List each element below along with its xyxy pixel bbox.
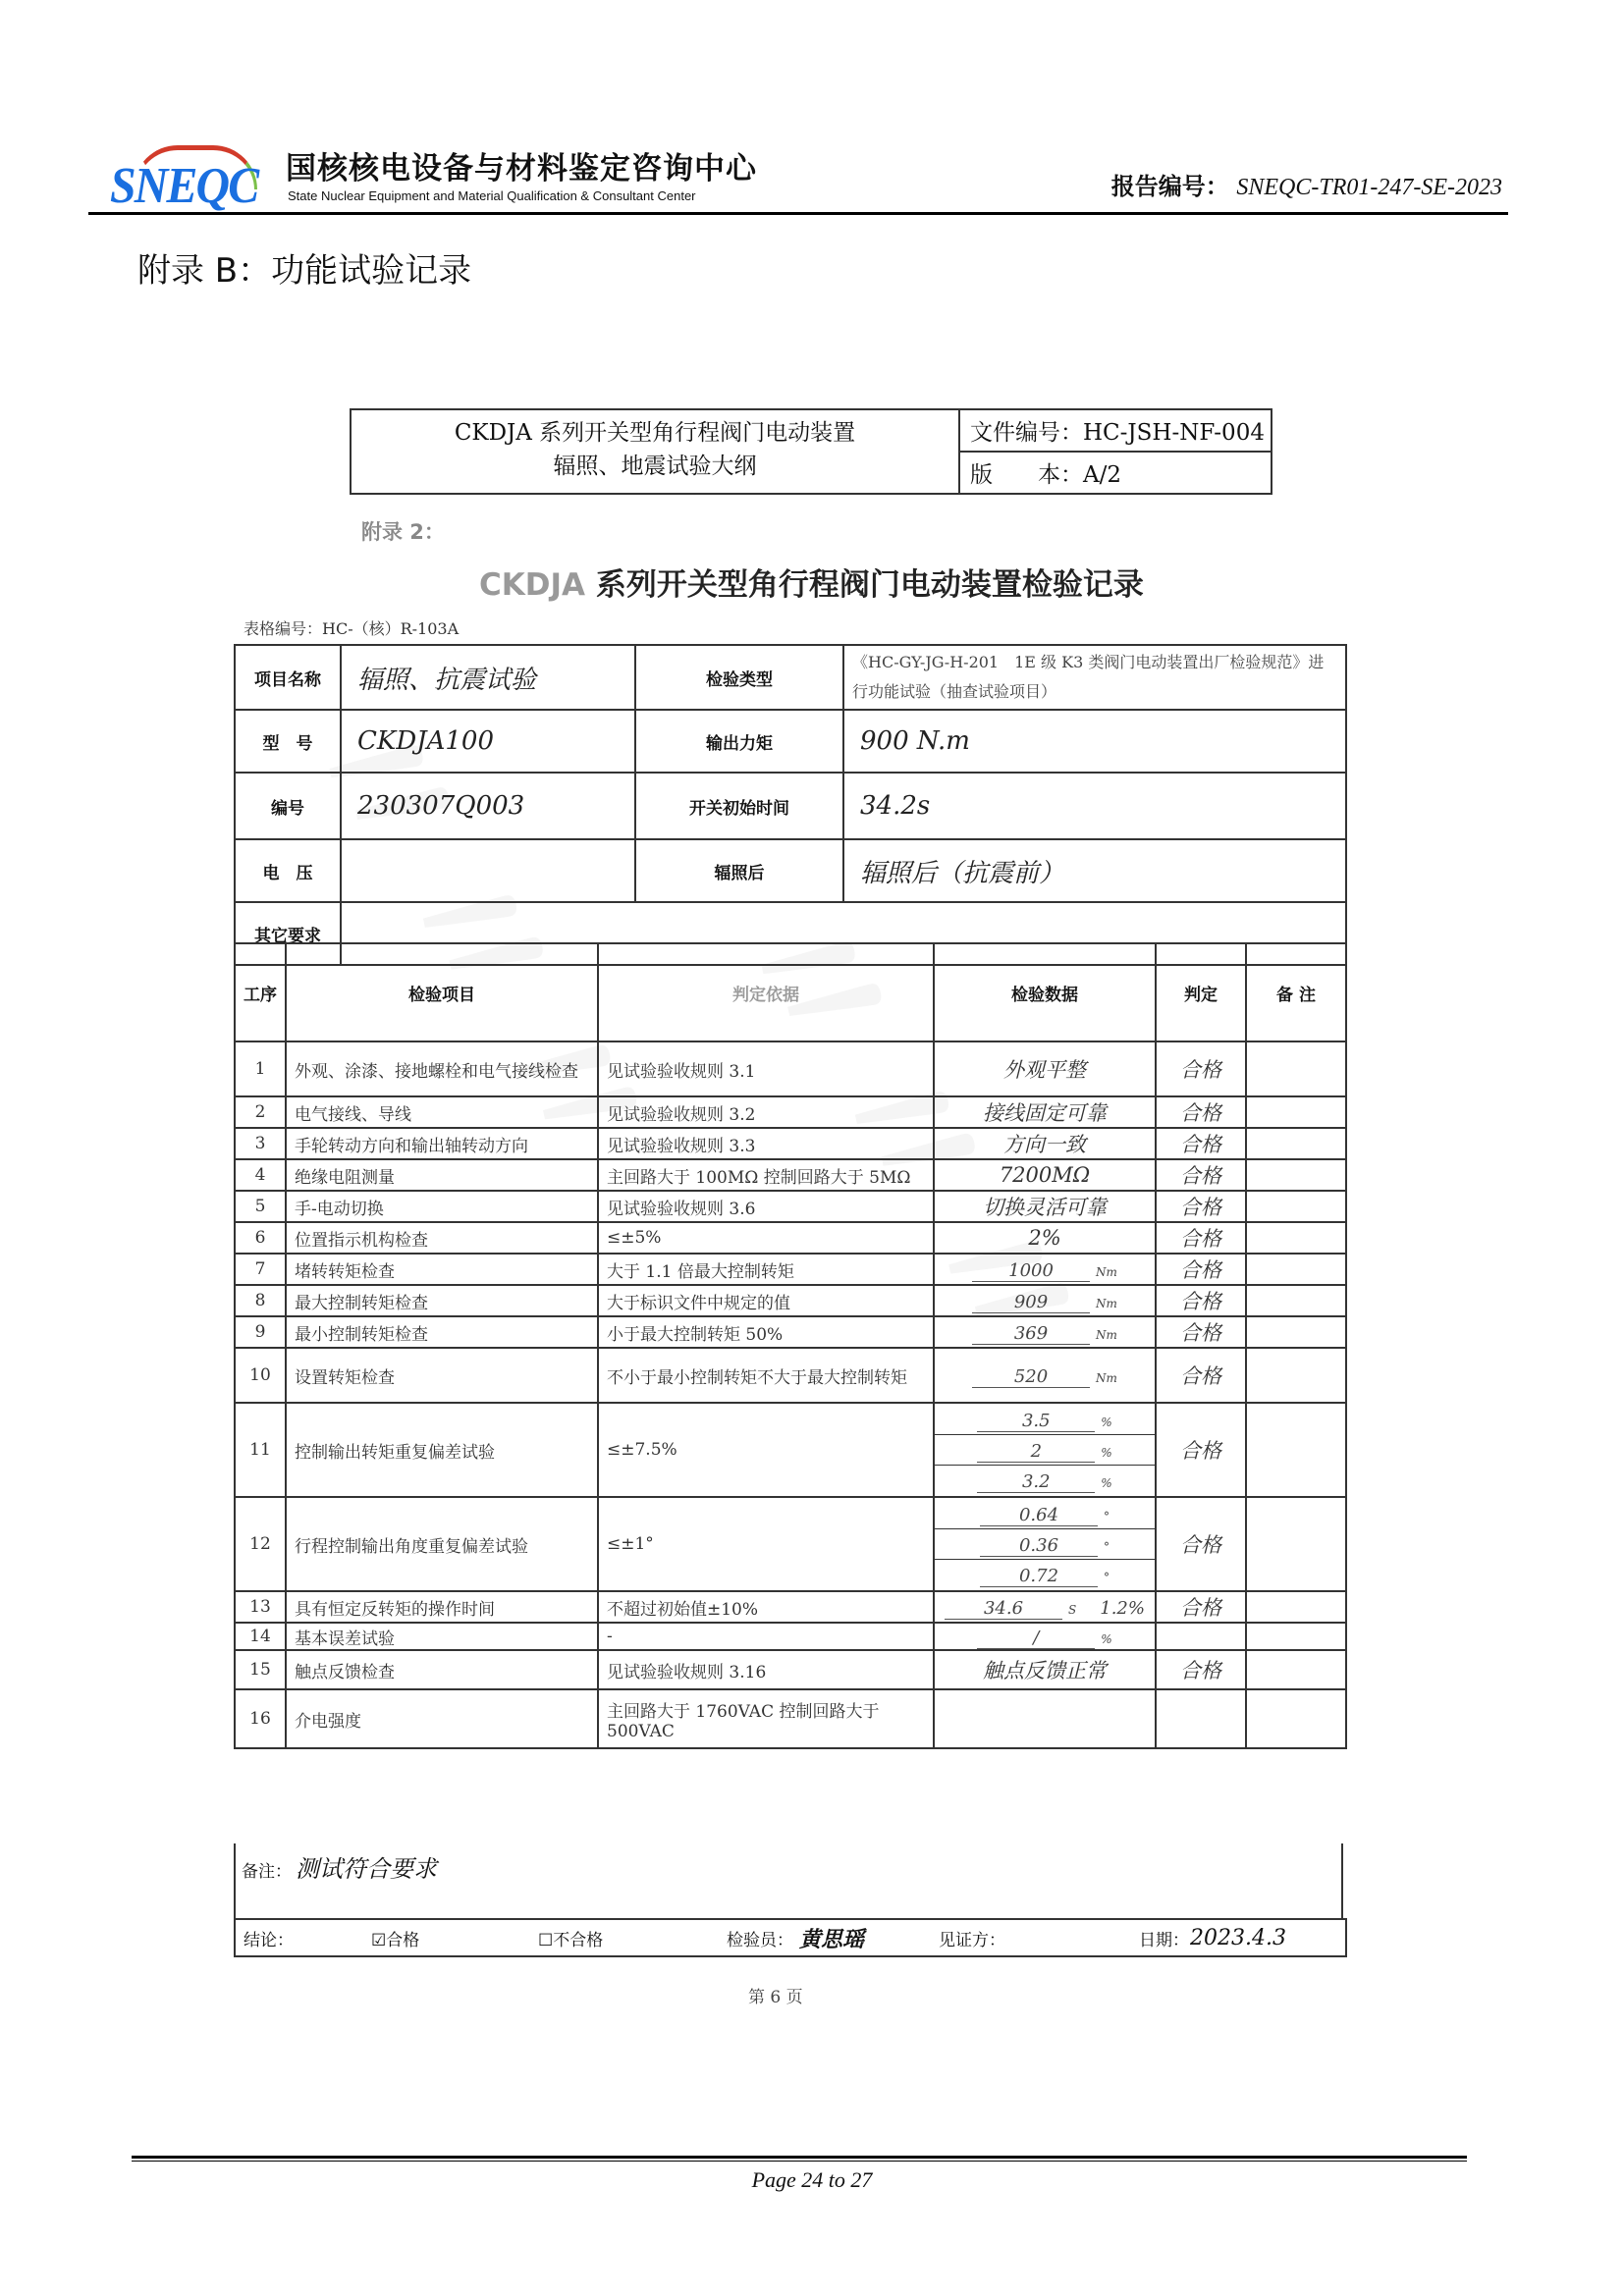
data-unit: ° bbox=[1104, 1510, 1110, 1523]
col-header-item: 检验项目 bbox=[286, 943, 598, 1041]
table-row: 15触点反馈检查见试验验收规则 3.16触点反馈正常合格 bbox=[235, 1650, 1346, 1689]
scanned-inspection-form: 〃〃〃 〃〃〃 CKDJA 系列开关型角行程阀门电动装置 辐照、地震试验大纲 文… bbox=[167, 314, 1434, 2110]
verdict: 合格 bbox=[1156, 1254, 1246, 1285]
verdict: 合格 bbox=[1156, 1041, 1246, 1096]
criterion: 见试验验收规则 3.1 bbox=[598, 1041, 934, 1096]
inspection-item: 手-电动切换 bbox=[286, 1191, 598, 1222]
step-number: 8 bbox=[235, 1285, 286, 1316]
scan-page-number: 第 6 页 bbox=[748, 1983, 803, 2007]
table-row: 1外观、涂漆、接地螺栓和电气接线检查见试验验收规则 3.1外观平整合格 bbox=[235, 1041, 1346, 1096]
verdict: 合格 bbox=[1156, 1096, 1246, 1128]
note bbox=[1246, 1285, 1346, 1316]
criterion: 大于 1.1 倍最大控制转矩 bbox=[598, 1254, 934, 1285]
inspector-signature: 黄思瑶 bbox=[799, 1923, 864, 1953]
inspection-type-label: 检验类型 bbox=[635, 645, 843, 710]
inspection-data: 34.6S1.2% bbox=[934, 1591, 1156, 1623]
org-name-cn: 国核核电设备与材料鉴定咨询中心 bbox=[286, 143, 757, 187]
org-name-en: State Nuclear Equipment and Material Qua… bbox=[288, 188, 696, 203]
report-number-value: SNEQC-TR01-247-SE-2023 bbox=[1236, 175, 1502, 200]
criterion: 见试验验收规则 3.6 bbox=[598, 1191, 934, 1222]
inspection-item: 触点反馈检查 bbox=[286, 1650, 598, 1689]
criterion: 小于最大控制转矩 50% bbox=[598, 1316, 934, 1348]
verdict: 合格 bbox=[1156, 1285, 1246, 1316]
witness-label: 见证方： bbox=[939, 1926, 1005, 1950]
col-header-criterion: 判定依据 bbox=[598, 943, 934, 1041]
criterion: ≤±7.5% bbox=[598, 1403, 934, 1497]
form-title-rest: 系列开关型角行程阀门电动装置检验记录 bbox=[585, 567, 1144, 603]
inspection-item: 位置指示机构检查 bbox=[286, 1222, 598, 1254]
data-value: 1000 bbox=[972, 1260, 1090, 1282]
step-number: 7 bbox=[235, 1254, 286, 1285]
document-title: CKDJA 系列开关型角行程阀门电动装置 辐照、地震试验大纲 bbox=[352, 410, 960, 493]
table-row: 12行程控制输出角度重复偏差试验≤±1°0.64°0.36°0.72°合格 bbox=[235, 1497, 1346, 1591]
step-number: 6 bbox=[235, 1222, 286, 1254]
verdict: 合格 bbox=[1156, 1316, 1246, 1348]
data-unit: ° bbox=[1104, 1571, 1110, 1584]
inspection-data: 1000Nm bbox=[934, 1254, 1156, 1285]
data-unit: % bbox=[1101, 1446, 1111, 1460]
inspection-data: 520Nm bbox=[934, 1348, 1156, 1403]
col-header-step: 工序 bbox=[235, 943, 286, 1041]
inspection-data: 369Nm bbox=[934, 1316, 1156, 1348]
remarks-label: 备注： bbox=[242, 1862, 292, 1882]
document-number: 文件编号：HC-JSH-NF-004 bbox=[960, 410, 1271, 453]
project-name-value: 辐照、抗震试验 bbox=[341, 645, 635, 710]
step-number: 5 bbox=[235, 1191, 286, 1222]
table-row: 2电气接线、导线见试验验收规则 3.2接线固定可靠合格 bbox=[235, 1096, 1346, 1128]
sneqc-logo: SNEQC bbox=[106, 145, 283, 204]
verdict bbox=[1156, 1689, 1246, 1748]
table-row: 11控制输出转矩重复偏差试验≤±7.5%3.5%2%3.2%合格 bbox=[235, 1403, 1346, 1497]
table-row: 5手-电动切换见试验验收规则 3.6切换灵活可靠合格 bbox=[235, 1191, 1346, 1222]
appendix-2-label: 附录 2： bbox=[361, 516, 445, 546]
note bbox=[1246, 1623, 1346, 1650]
verdict: 合格 bbox=[1156, 1128, 1246, 1159]
report-number-label: 报告编号： bbox=[1111, 172, 1229, 200]
verdict bbox=[1156, 1623, 1246, 1650]
post-irradiation-label: 辐照后 bbox=[635, 839, 843, 902]
data-value: 34.6 bbox=[945, 1598, 1062, 1620]
remarks-value: 测试符合要求 bbox=[296, 1855, 437, 1883]
step-number: 15 bbox=[235, 1650, 286, 1689]
model-label: 型 号 bbox=[235, 710, 341, 773]
step-number: 12 bbox=[235, 1497, 286, 1591]
footer-divider bbox=[132, 2156, 1467, 2159]
table-row: 9最小控制转矩检查小于最大控制转矩 50%369Nm合格 bbox=[235, 1316, 1346, 1348]
data-value: 909 bbox=[972, 1292, 1090, 1313]
inspection-item: 基本误差试验 bbox=[286, 1623, 598, 1650]
criterion: 主回路大于 1760VAC 控制回路大于 500VAC bbox=[598, 1689, 934, 1748]
step-number: 4 bbox=[235, 1159, 286, 1191]
data-unit: Nm bbox=[1096, 1328, 1117, 1342]
report-number: 报告编号： SNEQC-TR01-247-SE-2023 bbox=[1111, 167, 1502, 201]
inspection-item: 介电强度 bbox=[286, 1689, 598, 1748]
table-row: 16介电强度主回路大于 1760VAC 控制回路大于 500VAC bbox=[235, 1689, 1346, 1748]
data-unit: ° bbox=[1104, 1540, 1110, 1554]
data-unit: % bbox=[1101, 1476, 1111, 1490]
inspector-label: 检验员： bbox=[727, 1926, 793, 1950]
data-unit: Nm bbox=[1096, 1371, 1117, 1385]
criterion: 大于标识文件中规定的值 bbox=[598, 1285, 934, 1316]
col-header-data: 检验数据 bbox=[934, 943, 1156, 1041]
document-info-box: CKDJA 系列开关型角行程阀门电动装置 辐照、地震试验大纲 文件编号：HC-J… bbox=[350, 408, 1272, 495]
table-row: 10设置转矩检查不小于最小控制转矩不大于最大控制转矩520Nm合格 bbox=[235, 1348, 1346, 1403]
form-number: 表格编号：HC-（核）R-103A bbox=[244, 616, 459, 639]
note bbox=[1246, 1497, 1346, 1591]
remarks: 备注：测试符合要求 bbox=[234, 1843, 1343, 1918]
criterion: - bbox=[598, 1623, 934, 1650]
criterion: ≤±1° bbox=[598, 1497, 934, 1591]
criterion: 见试验验收规则 3.2 bbox=[598, 1096, 934, 1128]
inspection-item: 最小控制转矩检查 bbox=[286, 1316, 598, 1348]
inspection-data: /% bbox=[934, 1623, 1156, 1650]
model-value: CKDJA100 bbox=[341, 710, 635, 773]
verdict: 合格 bbox=[1156, 1348, 1246, 1403]
serial-value: 230307Q003 bbox=[341, 773, 635, 839]
criterion: 见试验验收规则 3.16 bbox=[598, 1650, 934, 1689]
criterion: 见试验验收规则 3.3 bbox=[598, 1128, 934, 1159]
inspection-data: 7200MΩ bbox=[934, 1159, 1156, 1191]
switch-time-value: 34.2s bbox=[843, 773, 1346, 839]
inspection-data: 触点反馈正常 bbox=[934, 1650, 1156, 1689]
inspection-data: 外观平整 bbox=[934, 1041, 1156, 1096]
note bbox=[1246, 1041, 1346, 1096]
table-row: 4绝缘电阻测量主回路大于 100MΩ 控制回路大于 5MΩ7200MΩ合格 bbox=[235, 1159, 1346, 1191]
table-row: 8最大控制转矩检查大于标识文件中规定的值909Nm合格 bbox=[235, 1285, 1346, 1316]
note bbox=[1246, 1348, 1346, 1403]
verdict: 合格 bbox=[1156, 1591, 1246, 1623]
header-divider bbox=[88, 212, 1508, 215]
inspection-item: 行程控制输出角度重复偏差试验 bbox=[286, 1497, 598, 1591]
note bbox=[1246, 1316, 1346, 1348]
data-unit: S bbox=[1068, 1603, 1076, 1617]
verdict: 合格 bbox=[1156, 1403, 1246, 1497]
verdict: 合格 bbox=[1156, 1497, 1246, 1591]
data-value: 0.64 bbox=[980, 1505, 1098, 1526]
project-name-label: 项目名称 bbox=[235, 645, 341, 710]
data-unit: Nm bbox=[1096, 1265, 1117, 1279]
criterion: 主回路大于 100MΩ 控制回路大于 5MΩ bbox=[598, 1159, 934, 1191]
footer-page-number: Page 24 to 27 bbox=[0, 2167, 1624, 2193]
step-number: 3 bbox=[235, 1128, 286, 1159]
inspection-data: 909Nm bbox=[934, 1285, 1156, 1316]
step-number: 2 bbox=[235, 1096, 286, 1128]
output-torque-label: 输出力矩 bbox=[635, 710, 843, 773]
table-row: 6位置指示机构检查≤±5%2%合格 bbox=[235, 1222, 1346, 1254]
inspection-item: 电气接线、导线 bbox=[286, 1096, 598, 1128]
step-number: 11 bbox=[235, 1403, 286, 1497]
form-title: CKDJA 系列开关型角行程阀门电动装置检验记录 bbox=[479, 560, 1144, 604]
verdict: 合格 bbox=[1156, 1650, 1246, 1689]
col-header-verdict: 判定 bbox=[1156, 943, 1246, 1041]
appendix-title: 附录 B：功能试验记录 bbox=[137, 243, 471, 292]
serial-label: 编号 bbox=[235, 773, 341, 839]
inspection-data: 方向一致 bbox=[934, 1128, 1156, 1159]
inspection-item: 控制输出转矩重复偏差试验 bbox=[286, 1403, 598, 1497]
info-table: 项目名称 辐照、抗震试验 检验类型 《HC-GY-JG-H-201 1E 级 K… bbox=[234, 644, 1347, 966]
data-value: / bbox=[977, 1628, 1095, 1649]
note bbox=[1246, 1096, 1346, 1128]
fail-checkbox: ☐不合格 bbox=[538, 1926, 603, 1950]
logo-text: SNEQC bbox=[110, 157, 257, 215]
inspection-table: 工序 检验项目 判定依据 检验数据 判定 备 注 1外观、涂漆、接地螺栓和电气接… bbox=[234, 942, 1347, 1749]
data-value: 0.36 bbox=[980, 1535, 1098, 1557]
pass-checkbox: ☑合格 bbox=[371, 1926, 419, 1950]
note bbox=[1246, 1159, 1346, 1191]
post-irradiation-value: 辐照后（抗震前） bbox=[843, 839, 1346, 902]
note bbox=[1246, 1254, 1346, 1285]
inspection-item: 手轮转动方向和输出轴转动方向 bbox=[286, 1128, 598, 1159]
voltage-label: 电 压 bbox=[235, 839, 341, 902]
table-row: 7堵转转矩检查大于 1.1 倍最大控制转矩1000Nm合格 bbox=[235, 1254, 1346, 1285]
inspection-data: 0.64°0.36°0.72° bbox=[934, 1497, 1156, 1591]
data-value: 3.2 bbox=[977, 1471, 1095, 1493]
data-value: 3.5 bbox=[977, 1411, 1095, 1432]
footer-divider-thin bbox=[132, 2161, 1467, 2162]
table-row: 13具有恒定反转矩的操作时间不超过初始值±10%34.6S1.2%合格 bbox=[235, 1591, 1346, 1623]
step-number: 9 bbox=[235, 1316, 286, 1348]
inspection-item: 设置转矩检查 bbox=[286, 1348, 598, 1403]
step-number: 16 bbox=[235, 1689, 286, 1748]
inspection-item: 具有恒定反转矩的操作时间 bbox=[286, 1591, 598, 1623]
verdict: 合格 bbox=[1156, 1222, 1246, 1254]
note bbox=[1246, 1650, 1346, 1689]
conclusion-row: 结论： ☑合格 ☐不合格 检验员： 黄思瑶 见证方： 日期： 2023.4.3 bbox=[234, 1918, 1347, 1957]
data-unit: % bbox=[1101, 1415, 1111, 1429]
inspection-data bbox=[934, 1689, 1156, 1748]
step-number: 1 bbox=[235, 1041, 286, 1096]
data-unit: % bbox=[1101, 1632, 1111, 1646]
inspection-item: 堵转转矩检查 bbox=[286, 1254, 598, 1285]
col-header-note: 备 注 bbox=[1246, 943, 1346, 1041]
inspection-type-value: 《HC-GY-JG-H-201 1E 级 K3 类阀门电动装置出厂检验规范》进行… bbox=[843, 645, 1346, 710]
inspection-data: 2% bbox=[934, 1222, 1156, 1254]
data-value: 520 bbox=[972, 1366, 1090, 1388]
table-row: 3手轮转动方向和输出轴转动方向见试验验收规则 3.3方向一致合格 bbox=[235, 1128, 1346, 1159]
date-label: 日期： bbox=[1139, 1926, 1189, 1950]
output-torque-value: 900 N.m bbox=[843, 710, 1346, 773]
report-header: SNEQC 国核核电设备与材料鉴定咨询中心 State Nuclear Equi… bbox=[106, 137, 1508, 216]
inspection-data: 接线固定可靠 bbox=[934, 1096, 1156, 1128]
data-value: 369 bbox=[972, 1323, 1090, 1345]
document-title-line1: CKDJA 系列开关型角行程阀门电动装置 bbox=[352, 416, 958, 450]
note bbox=[1246, 1128, 1346, 1159]
table-row: 14基本误差试验-/% bbox=[235, 1623, 1346, 1650]
data-extra: 1.2% bbox=[1100, 1598, 1145, 1619]
data-value: 0.72 bbox=[980, 1566, 1098, 1587]
document-title-line2: 辐照、地震试验大纲 bbox=[352, 450, 958, 483]
verdict: 合格 bbox=[1156, 1191, 1246, 1222]
verdict: 合格 bbox=[1156, 1159, 1246, 1191]
voltage-value bbox=[341, 839, 635, 902]
date-value: 2023.4.3 bbox=[1190, 1926, 1286, 1950]
note bbox=[1246, 1222, 1346, 1254]
inspection-data: 3.5%2%3.2% bbox=[934, 1403, 1156, 1497]
conclusion-label: 结论： bbox=[244, 1926, 294, 1950]
inspection-item: 最大控制转矩检查 bbox=[286, 1285, 598, 1316]
criterion: 不超过初始值±10% bbox=[598, 1591, 934, 1623]
inspection-item: 外观、涂漆、接地螺栓和电气接线检查 bbox=[286, 1041, 598, 1096]
note bbox=[1246, 1689, 1346, 1748]
step-number: 13 bbox=[235, 1591, 286, 1623]
note bbox=[1246, 1591, 1346, 1623]
data-unit: Nm bbox=[1096, 1297, 1117, 1310]
note bbox=[1246, 1191, 1346, 1222]
criterion: 不小于最小控制转矩不大于最大控制转矩 bbox=[598, 1348, 934, 1403]
note bbox=[1246, 1403, 1346, 1497]
document-version: 版 本：A/2 bbox=[960, 453, 1271, 493]
inspection-data: 切换灵活可靠 bbox=[934, 1191, 1156, 1222]
step-number: 10 bbox=[235, 1348, 286, 1403]
form-title-prefix: CKDJA bbox=[479, 567, 585, 603]
data-value: 2 bbox=[977, 1441, 1095, 1463]
step-number: 14 bbox=[235, 1623, 286, 1650]
inspection-item: 绝缘电阻测量 bbox=[286, 1159, 598, 1191]
criterion: ≤±5% bbox=[598, 1222, 934, 1254]
switch-time-label: 开关初始时间 bbox=[635, 773, 843, 839]
